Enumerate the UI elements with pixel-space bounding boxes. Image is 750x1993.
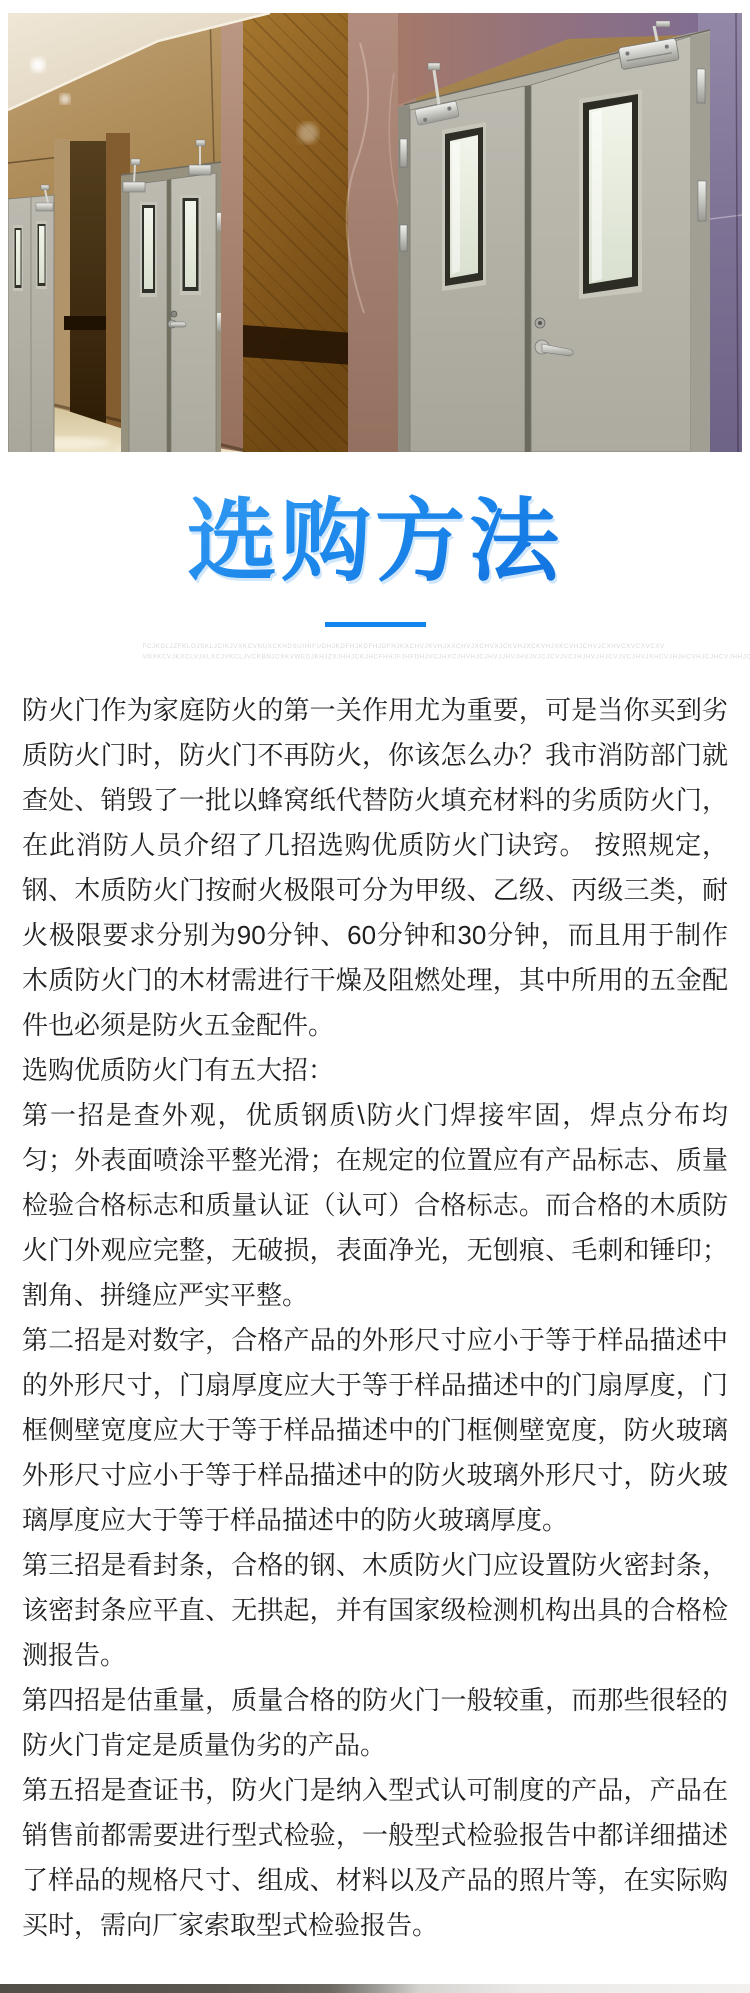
fire-doors-photo (8, 13, 742, 452)
door-hinge (400, 225, 407, 251)
decorative-subtext: FCJKDLJZFKLOJSKLJCIKJVXKCVNUXCKHDSUIHIFU… (143, 641, 608, 662)
door-window (140, 202, 157, 297)
door-lock (535, 318, 545, 328)
door-set-middle (121, 140, 221, 452)
paragraph-tip-1: 第一招是查外观，优质钢质\防火门焊接牢固，焊点分布均匀；外表面喷涂平整光滑；在规… (22, 1093, 728, 1318)
ceiling-light (60, 94, 70, 104)
door-hinge (217, 213, 221, 231)
paragraph-tip-5: 第五招是查证书，防火门是纳入型式认可制度的产品，产品在销售前都需要进行型式检验，… (22, 1768, 728, 1948)
paragraph-tip-2: 第二招是对数字，合格产品的外形尺寸应小于等于样品描述中的外形尺寸，门扇厚度应大于… (22, 1318, 728, 1543)
page-title: 选购方法 (0, 490, 750, 594)
door-seam (167, 179, 171, 452)
diamond-marble-panel (243, 13, 353, 452)
door-hinge (697, 69, 705, 103)
next-section-edge (0, 1984, 750, 1993)
door-hinge (400, 139, 407, 167)
door-window (579, 89, 642, 299)
dark-decor-band (64, 316, 110, 330)
article-body: 防火门作为家庭防火的第一关作用尤为重要，可是当你买到劣质防火门时，防火门不再防火… (0, 688, 750, 1948)
decorative-subtext-line: FCJKDLJZFKLOJSKLJCIKJVXKCVNUXCKHDSUIHIFU… (143, 641, 608, 652)
door-seam (525, 85, 531, 452)
door-window (442, 122, 486, 291)
title-block: 选购方法 FCJKDLJZFKLOJSKLJCIKJVXKCVNUXCKHDSU… (0, 490, 750, 675)
door-hinge (217, 313, 221, 331)
door-set-left (8, 185, 54, 452)
pink-marble-column (221, 13, 243, 452)
door-lock (171, 311, 177, 317)
paragraph-tip-4: 第四招是估重量，质量合格的防火门一般较重，而那些很轻的防火门肯定是质量伪劣的产品… (22, 1678, 728, 1768)
paragraph-intro: 防火门作为家庭防火的第一关作用尤为重要，可是当你买到劣质防火门时，防火门不再防火… (22, 688, 728, 1048)
paragraph-five-tips-lead: 选购优质防火门有五大招： (22, 1048, 728, 1093)
door-hinge (698, 181, 706, 221)
title-underline (325, 622, 426, 627)
fire-doors-photo-svg (8, 13, 742, 452)
ceiling-light (31, 58, 45, 72)
dark-marble-panel (70, 141, 106, 433)
decorative-subtext-line: VNXKCVJKXCLVJKLXCJVKCLJVCKBNJCXKVWEDJKHJ… (143, 652, 608, 663)
door-window (180, 195, 201, 295)
door-window (36, 221, 47, 289)
door-window (13, 225, 23, 291)
paragraph-tip-3: 第三招是看封条，合格的钢、木质防火门应设置防火密封条，该密封条应平直、无拱起，并… (22, 1543, 728, 1678)
